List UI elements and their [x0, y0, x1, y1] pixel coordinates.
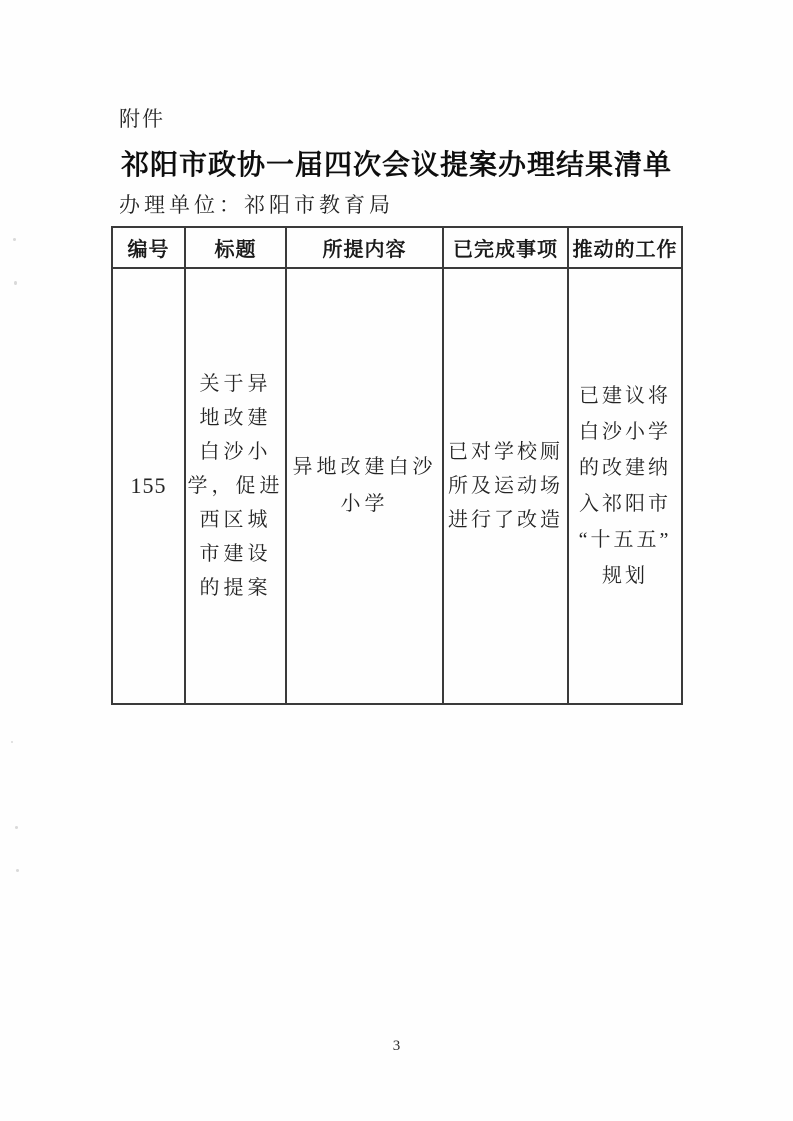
handling-unit-line: 办理单位：祁阳市教育局 — [119, 189, 394, 219]
attachment-label: 附件 — [119, 103, 165, 133]
cell-proposal-number: 155 — [113, 269, 184, 703]
header-number: 编号 — [113, 228, 184, 269]
cell-proposed-content: 异地改建白沙 小学 — [285, 269, 442, 703]
scan-speck — [14, 281, 17, 285]
header-proposed-content: 所提内容 — [285, 228, 442, 269]
scan-speck — [11, 741, 13, 743]
scan-speck — [13, 238, 16, 241]
cell-completed-items: 已对学校厕 所及运动场 进行了改造 — [442, 269, 567, 703]
cell-promoted-work: 已建议将 白沙小学 的改建纳 入祁阳市 “十五五” 规划 — [567, 269, 681, 703]
document-page: 附件 祁阳市政协一届四次会议提案办理结果清单 办理单位：祁阳市教育局 编号 标题… — [0, 0, 793, 1121]
header-promoted-work: 推动的工作 — [567, 228, 681, 269]
cell-proposal-title: 关于异 地改建 白沙小 学，促进 西区城 市建设 的提案 — [184, 269, 285, 703]
header-completed-items: 已完成事项 — [442, 228, 567, 269]
page-title: 祁阳市政协一届四次会议提案办理结果清单 — [0, 143, 793, 183]
scan-speck — [15, 826, 18, 829]
scan-speck — [16, 869, 19, 872]
proposal-result-table: 编号 标题 所提内容 已完成事项 推动的工作 155 关于异 地改建 白沙小 学… — [111, 226, 683, 705]
header-title: 标题 — [184, 228, 285, 269]
page-number: 3 — [0, 1038, 793, 1055]
